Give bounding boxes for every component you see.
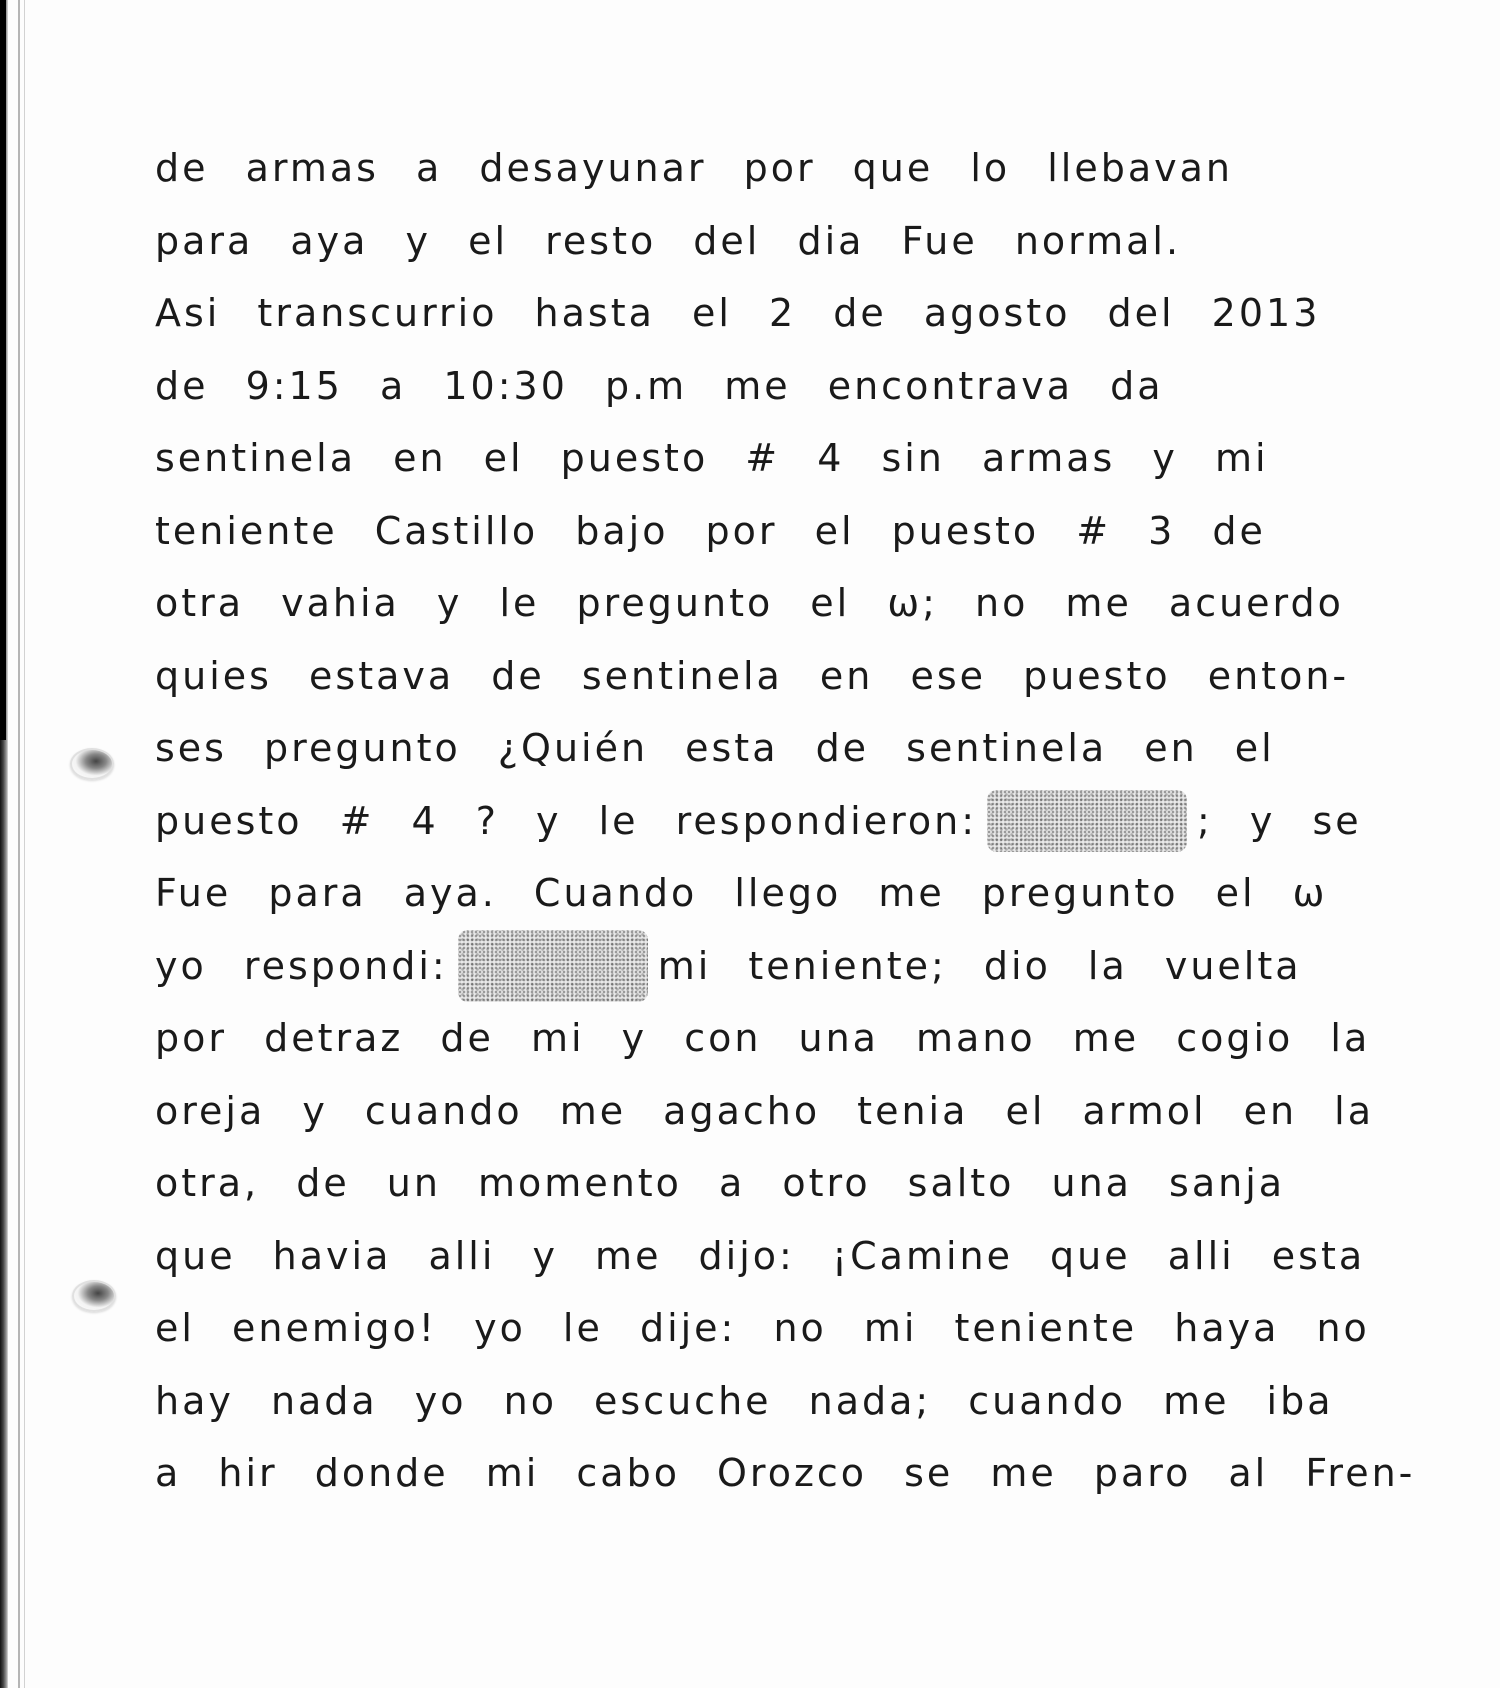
line-text: a hir donde mi cabo Orozco se me paro al…: [155, 1451, 1415, 1495]
redacted-name-block: [458, 930, 648, 1002]
text-line: ses pregunto ¿Quién esta de sentinela en…: [155, 712, 1385, 785]
line-text: el enemigo! yo le dije: no mi teniente h…: [155, 1306, 1370, 1350]
redacted-name-block: [987, 790, 1187, 852]
text-line: Asi transcurrio hasta el 2 de agosto del…: [155, 277, 1385, 350]
line-text: teniente Castillo bajo por el puesto # 3…: [155, 509, 1266, 553]
line-text: hay nada yo no escuche nada; cuando me i…: [155, 1379, 1334, 1423]
line-text: ; y se: [1197, 799, 1362, 843]
line-text: para aya y el resto del dia Fue normal.: [155, 219, 1181, 263]
line-text: oreja y cuando me agacho tenia el armol …: [155, 1089, 1374, 1133]
text-line: por detraz de mi y con una mano me cogio…: [155, 1002, 1385, 1075]
text-line: Fue para aya. Cuando llego me pregunto e…: [155, 857, 1385, 930]
line-text: quies estava de sentinela en ese puesto …: [155, 654, 1349, 698]
text-line: para aya y el resto del dia Fue normal.: [155, 205, 1385, 278]
text-line: oreja y cuando me agacho tenia el armol …: [155, 1075, 1385, 1148]
line-text: puesto # 4 ? y le respondieron:: [155, 799, 977, 843]
text-line: hay nada yo no escuche nada; cuando me i…: [155, 1365, 1385, 1438]
text-line: quies estava de sentinela en ese puesto …: [155, 640, 1385, 713]
text-line: de armas a desayunar por que lo llebavan: [155, 132, 1385, 205]
line-text: Fue para aya. Cuando llego me pregunto e…: [155, 871, 1327, 915]
line-text: de 9:15 a 10:30 p.m me encontrava da: [155, 364, 1163, 408]
handwritten-text-body: de armas a desayunar por que lo llebavan…: [155, 132, 1385, 1510]
text-line: que havia alli y me dijo: ¡Camine que al…: [155, 1220, 1385, 1293]
line-text: mi teniente; dio la vuelta: [658, 944, 1302, 988]
text-line: sentinela en el puesto # 4 sin armas y m…: [155, 422, 1385, 495]
text-line: el enemigo! yo le dije: no mi teniente h…: [155, 1292, 1385, 1365]
line-text: yo respondi:: [155, 944, 448, 988]
text-line: yo respondi:mi teniente; dio la vuelta: [155, 930, 1385, 1003]
line-text: ses pregunto ¿Quién esta de sentinela en…: [155, 726, 1275, 770]
line-text: de armas a desayunar por que lo llebavan: [155, 146, 1233, 190]
line-text: por detraz de mi y con una mano me cogio…: [155, 1016, 1370, 1060]
punch-hole-icon: [72, 1280, 116, 1312]
text-line: a hir donde mi cabo Orozco se me paro al…: [155, 1437, 1385, 1510]
line-text: otra, de un momento a otro salto una san…: [155, 1161, 1285, 1205]
text-line: puesto # 4 ? y le respondieron:; y se: [155, 785, 1385, 858]
text-line: otra, de un momento a otro salto una san…: [155, 1147, 1385, 1220]
line-text: otra vahia y le pregunto el ω; no me acu…: [155, 581, 1344, 625]
text-line: teniente Castillo bajo por el puesto # 3…: [155, 495, 1385, 568]
page-margin-line: [18, 0, 20, 1688]
line-text: sentinela en el puesto # 4 sin armas y m…: [155, 436, 1269, 480]
scanner-edge-shadow: [0, 0, 6, 740]
scanned-page: de armas a desayunar por que lo llebavan…: [0, 0, 1500, 1688]
line-text: que havia alli y me dijo: ¡Camine que al…: [155, 1234, 1365, 1278]
text-line: otra vahia y le pregunto el ω; no me acu…: [155, 567, 1385, 640]
page-margin-line-secondary: [24, 0, 25, 1688]
text-line: de 9:15 a 10:30 p.m me encontrava da: [155, 350, 1385, 423]
line-text: Asi transcurrio hasta el 2 de agosto del…: [155, 291, 1320, 335]
punch-hole-icon: [70, 748, 114, 780]
